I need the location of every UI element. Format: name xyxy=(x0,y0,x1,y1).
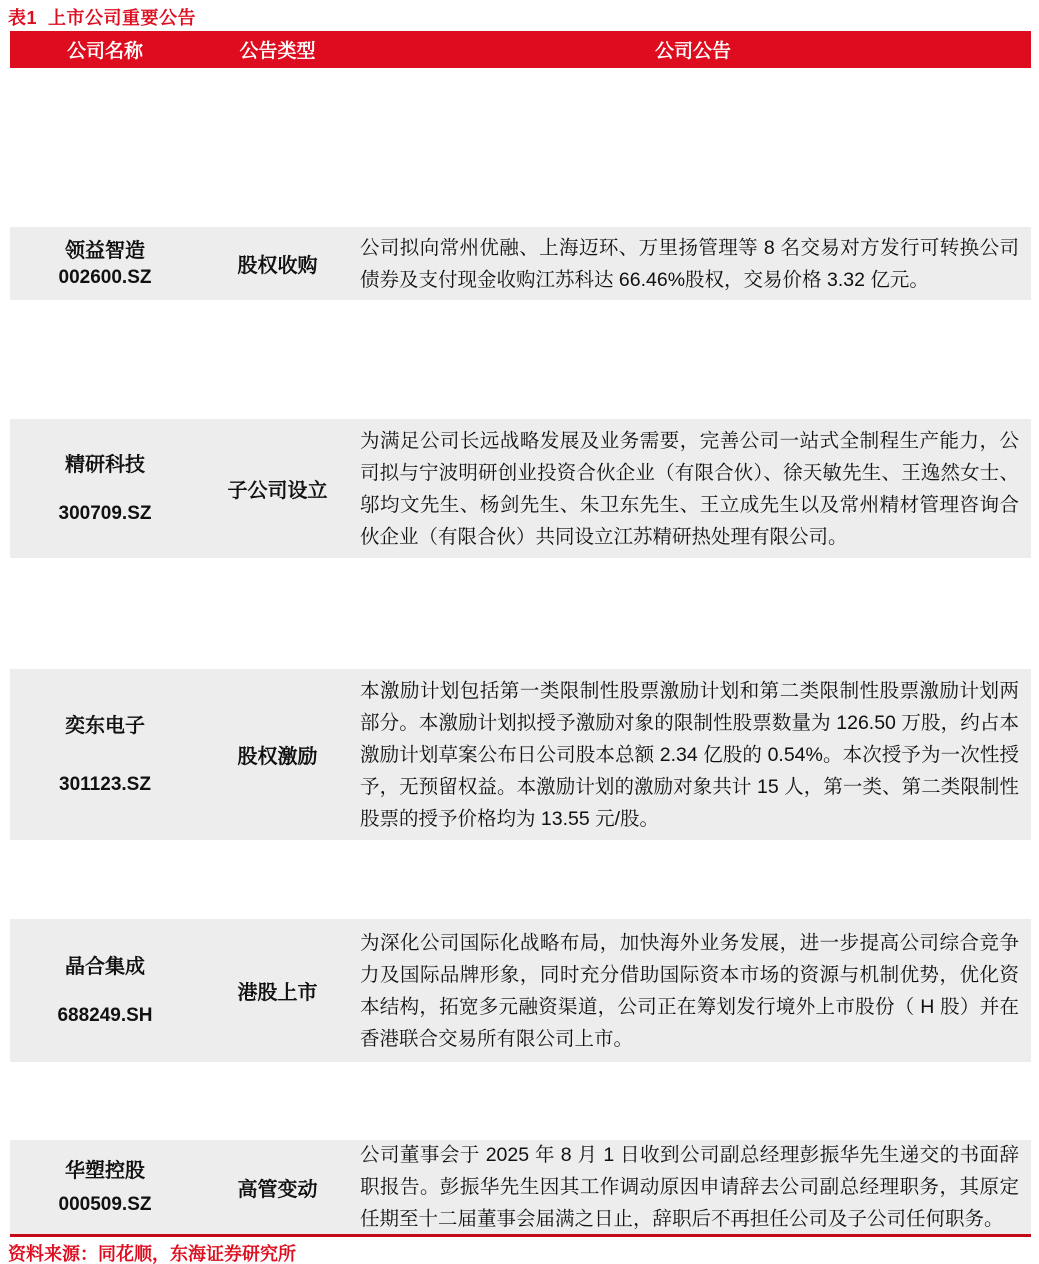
column-header-announcement-type: 公告类型 xyxy=(200,36,355,63)
announcement-cell: 为深化公司国际化战略布局，加快海外业务发展，进一步提高公司综合竞争力及国际品牌形… xyxy=(355,919,1031,1062)
company-stock-code: 002600.SZ xyxy=(59,267,152,289)
company-stock-code: 000509.SZ xyxy=(59,1194,152,1216)
announcement-type: 港股上市 xyxy=(238,976,318,1005)
column-header-company-announcement: 公司公告 xyxy=(355,36,1031,63)
table-row: 领益智造 002600.SZ 股权收购 公司拟向常州优融、上海迈环、万里扬管理等… xyxy=(10,227,1031,300)
company-name: 精研科技 xyxy=(65,448,145,477)
announcement-type-cell: 子公司设立 xyxy=(200,419,355,558)
company-stock-code: 688249.SH xyxy=(57,1005,152,1027)
announcement-cell: 本激励计划包括第一类限制性股票激励计划和第二类限制性股票激励计划两部分。本激励计… xyxy=(355,669,1031,840)
announcement-cell: 为满足公司长远战略发展及业务需要，完善公司一站式全制程生产能力，公司拟与宁波明研… xyxy=(355,419,1031,558)
announcement-text: 为深化公司国际化战略布局，加快海外业务发展，进一步提高公司综合竞争力及国际品牌形… xyxy=(360,927,1019,1055)
table-row: 奕东电子 301123.SZ 股权激励 本激励计划包括第一类限制性股票激励计划和… xyxy=(10,669,1031,840)
table-header-row: 公司名称 公告类型 公司公告 xyxy=(10,31,1031,68)
company-cell: 晶合集成 688249.SH xyxy=(10,919,200,1062)
announcement-type: 高管变动 xyxy=(238,1173,318,1202)
company-name: 华塑控股 xyxy=(65,1154,145,1183)
company-cell: 奕东电子 301123.SZ xyxy=(10,669,200,840)
announcement-cell: 公司拟向常州优融、上海迈环、万里扬管理等 8 名交易对方发行可转换公司债券及支付… xyxy=(355,227,1031,300)
source-note: 资料来源：同花顺，东海证券研究所 xyxy=(8,1240,296,1264)
announcement-type: 股权收购 xyxy=(238,249,318,278)
announcement-type-cell: 股权激励 xyxy=(200,669,355,840)
announcement-text: 公司拟向常州优融、上海迈环、万里扬管理等 8 名交易对方发行可转换公司债券及支付… xyxy=(360,232,1019,296)
company-stock-code: 301123.SZ xyxy=(59,774,151,796)
report-table-figure: 表1 上市公司重要公告 公司名称 公告类型 公司公告 领益智造 002600.S… xyxy=(0,0,1039,1264)
announcement-type: 股权激励 xyxy=(238,740,318,769)
company-name: 领益智造 xyxy=(65,234,145,263)
table-row: 精研科技 300709.SZ 子公司设立 为满足公司长远战略发展及业务需要，完善… xyxy=(10,419,1031,558)
company-cell: 精研科技 300709.SZ xyxy=(10,419,200,558)
announcement-type-cell: 港股上市 xyxy=(200,919,355,1062)
announcement-text: 公司董事会于 2025 年 8 月 1 日收到公司副总经理彭振华先生递交的书面辞… xyxy=(360,1139,1019,1235)
company-name: 晶合集成 xyxy=(65,950,145,979)
announcement-type: 子公司设立 xyxy=(228,474,328,503)
table-bottom-border xyxy=(10,1234,1031,1237)
company-stock-code: 300709.SZ xyxy=(59,503,152,525)
announcement-type-cell: 高管变动 xyxy=(200,1140,355,1234)
table-row: 晶合集成 688249.SH 港股上市 为深化公司国际化战略布局，加快海外业务发… xyxy=(10,919,1031,1062)
company-name: 奕东电子 xyxy=(65,709,145,738)
company-cell: 领益智造 002600.SZ xyxy=(10,227,200,300)
table-row: 华塑控股 000509.SZ 高管变动 公司董事会于 2025 年 8 月 1 … xyxy=(10,1140,1031,1234)
company-cell: 华塑控股 000509.SZ xyxy=(10,1140,200,1234)
announcement-text: 为满足公司长远战略发展及业务需要，完善公司一站式全制程生产能力，公司拟与宁波明研… xyxy=(360,425,1019,553)
announcement-cell: 公司董事会于 2025 年 8 月 1 日收到公司副总经理彭振华先生递交的书面辞… xyxy=(355,1140,1031,1234)
table-caption: 表1 上市公司重要公告 xyxy=(8,4,196,30)
announcement-type-cell: 股权收购 xyxy=(200,227,355,300)
column-header-company-name: 公司名称 xyxy=(10,36,200,63)
announcement-text: 本激励计划包括第一类限制性股票激励计划和第二类限制性股票激励计划两部分。本激励计… xyxy=(360,675,1019,835)
